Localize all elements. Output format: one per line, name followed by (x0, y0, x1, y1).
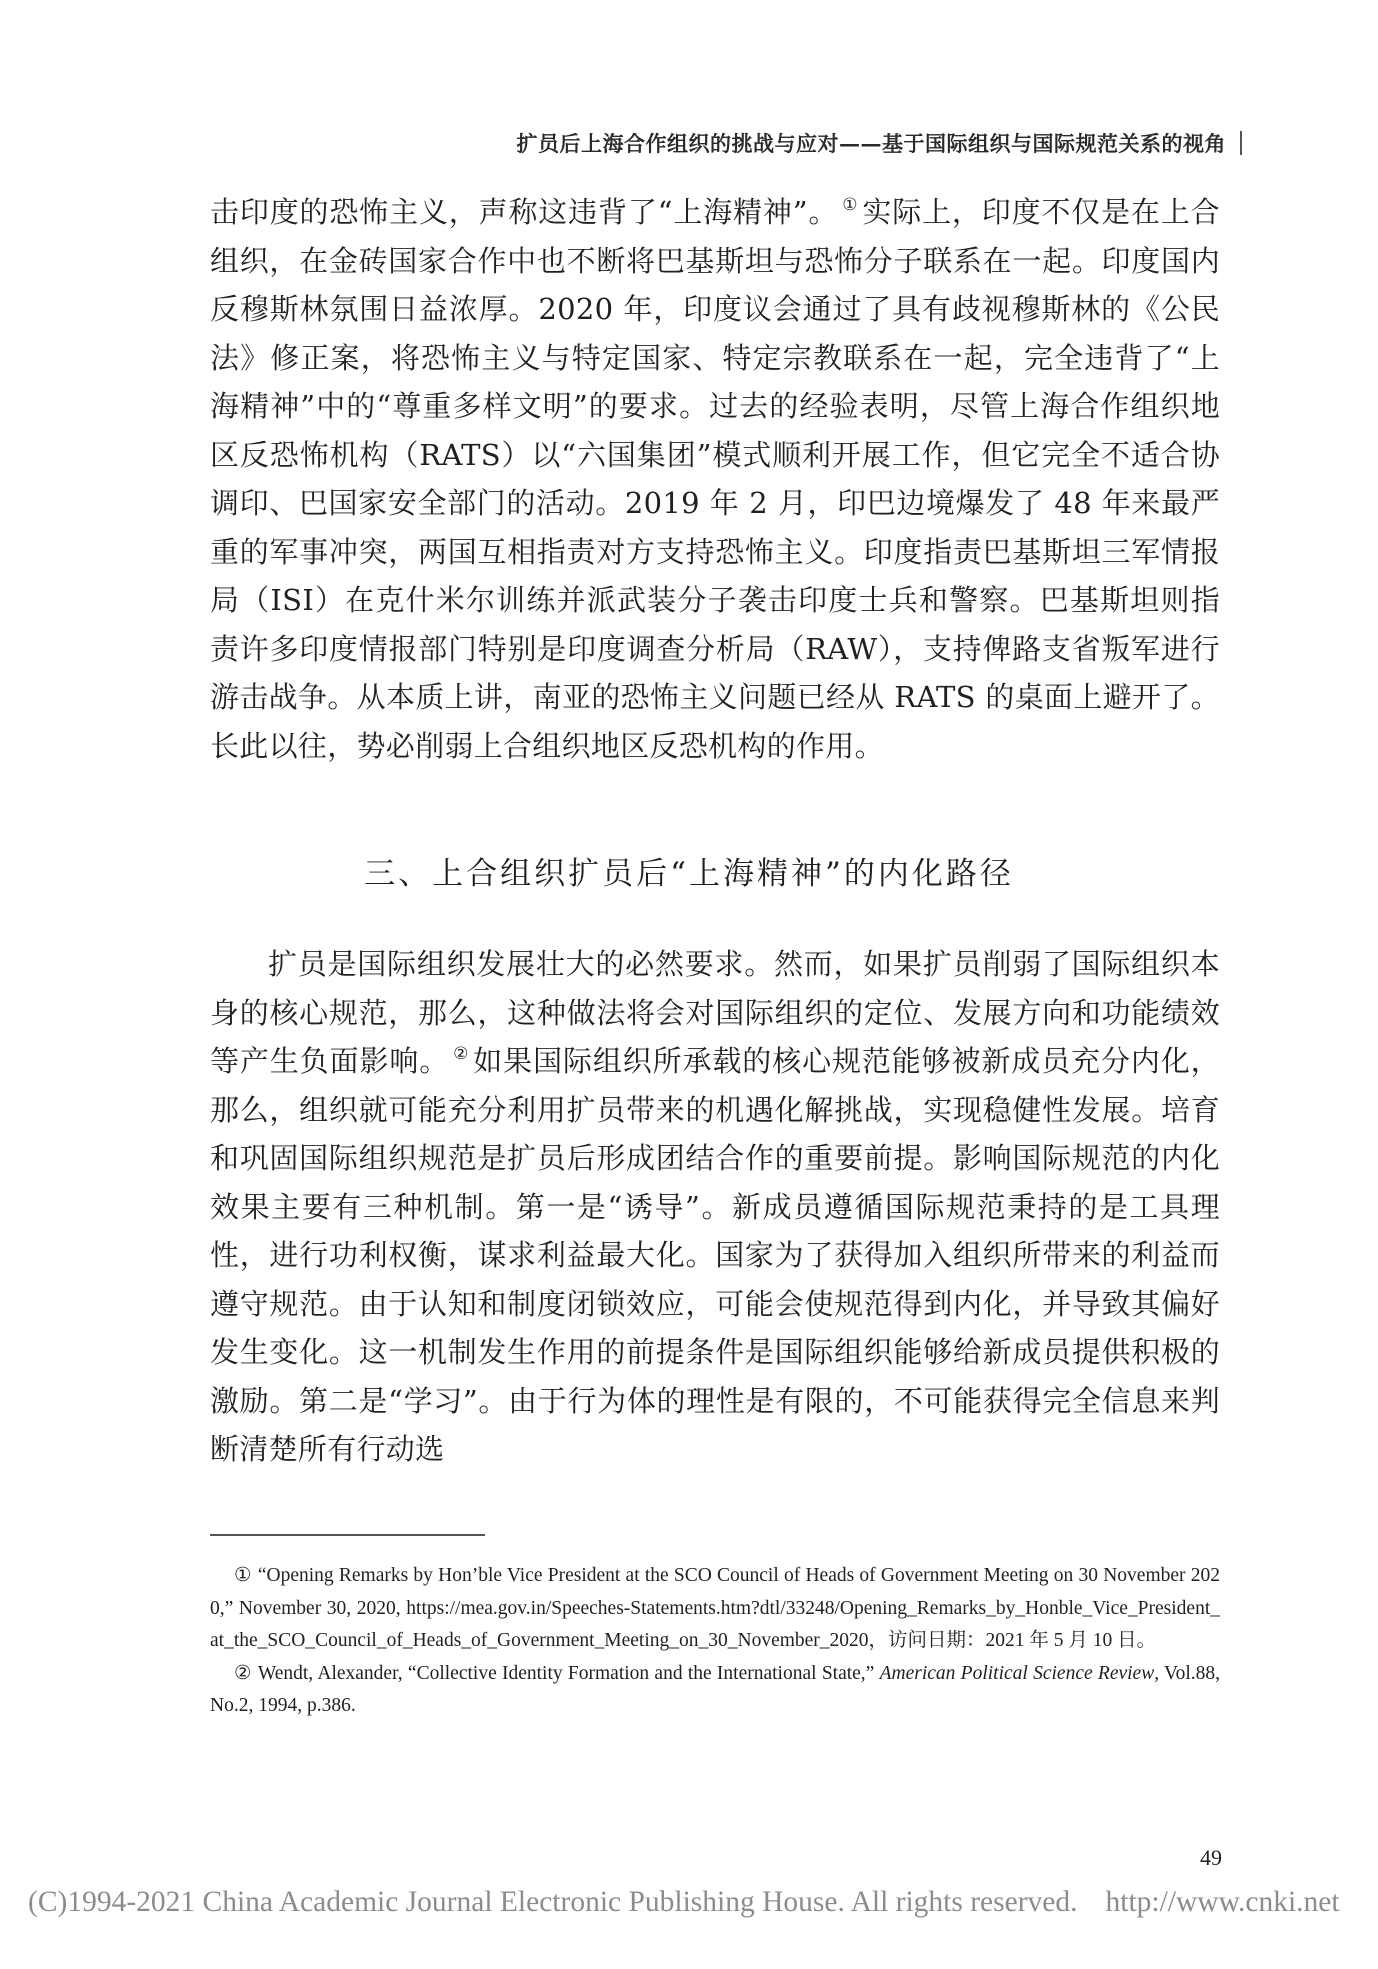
paragraph-1: 击印度的恐怖主义，声称这违背了“上海精神”。①实际上，印度不仅是在上合组织，在金… (210, 188, 1220, 770)
running-header: 扩员后上海合作组织的挑战与应对——基于国际组织与国际规范关系的视角 (517, 128, 1243, 158)
footnote-1-number: ① (234, 1565, 252, 1586)
copyright-footer: (C)1994-2021 China Academic Journal Elec… (28, 1886, 1368, 1919)
paragraph-2: 扩员是国际组织发展壮大的必然要求。然而，如果扩员削弱了国际组织本身的核心规范，那… (210, 940, 1220, 1474)
footnote-1-text: “Opening Remarks by Hon’ble Vice Preside… (210, 1565, 1220, 1651)
footnote-ref-2[interactable]: ② (453, 1044, 469, 1064)
footnote-2-journal: American Political Science Review (880, 1663, 1155, 1684)
copyright-notice: (C)1994-2021 China Academic Journal Elec… (28, 1886, 1078, 1918)
section-heading: 三、上合组织扩员后“上海精神”的内化路径 (0, 848, 1378, 893)
copyright-url[interactable]: http://www.cnki.net (1106, 1886, 1340, 1918)
footnote-2: ②Wendt, Alexander, “Collective Identity … (210, 1658, 1220, 1723)
footnote-ref-1[interactable]: ① (842, 195, 858, 215)
paragraph-1-text-a: 击印度的恐怖主义，声称这违背了“上海精神”。 (210, 195, 838, 229)
running-title: 扩员后上海合作组织的挑战与应对——基于国际组织与国际规范关系的视角 (517, 131, 1227, 156)
footnotes: ①“Opening Remarks by Hon’ble Vice Presid… (210, 1560, 1220, 1723)
paragraph-2-text-b: 如果国际组织所承载的核心规范能够被新成员充分内化，那么，组织就可能充分利用扩员带… (210, 1044, 1220, 1466)
footnote-separator (210, 1534, 485, 1536)
footnote-2-text-a: Wendt, Alexander, “Collective Identity F… (258, 1663, 880, 1684)
paragraph-1-text-b: 实际上，印度不仅是在上合组织，在金砖国家合作中也不断将巴基斯坦与恐怖分子联系在一… (210, 195, 1220, 763)
footnote-2-number: ② (234, 1663, 252, 1684)
header-divider (1240, 131, 1242, 155)
page-number: 49 (1200, 1845, 1222, 1871)
footnote-1: ①“Opening Remarks by Hon’ble Vice Presid… (210, 1560, 1220, 1658)
